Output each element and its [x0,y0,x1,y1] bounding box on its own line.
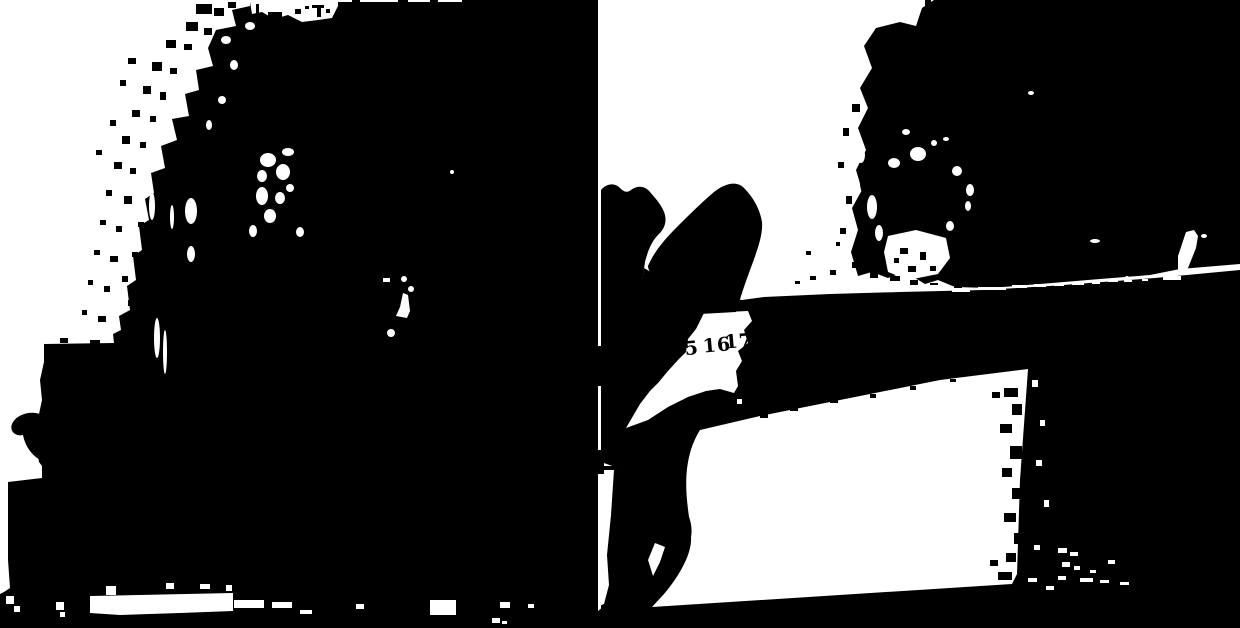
speckle [114,162,122,169]
speckle [1108,280,1118,282]
speckle [908,266,916,272]
speckle [852,262,860,268]
speckle [856,287,886,292]
speckle [1124,280,1132,282]
speckle [1070,552,1078,556]
speckle [1072,282,1084,285]
speckle [257,170,267,182]
speckle [249,225,257,237]
speckle [256,187,268,205]
speckle [154,318,160,358]
speckle [132,252,138,257]
speckle [1062,562,1070,567]
speckle [82,310,87,315]
speckle [1000,424,1012,433]
speckle [128,58,136,64]
speckle [1006,553,1016,562]
speckle [910,147,926,161]
speckle [230,60,238,70]
right-photo: 15 16 17 [595,0,1240,628]
speckle [990,560,998,566]
speckle [846,196,852,204]
speckle [744,290,778,294]
speckle [221,36,231,44]
speckle [857,147,865,163]
speckle [790,407,798,411]
speckle [124,196,132,204]
bottom-bright-strip [90,593,233,615]
speckle [492,618,500,623]
speckle [240,14,248,22]
speckle [852,173,858,185]
speckle [1044,500,1049,507]
speckle [884,98,892,104]
speckle [1100,580,1109,583]
speckle [300,610,312,614]
speckle [1036,460,1042,466]
speckle [896,235,906,247]
speckle [110,120,116,126]
speckle [264,209,276,223]
speckle [1032,380,1038,387]
speckle [998,572,1012,580]
composite-photo: 15 16 17 [0,0,1240,628]
speckle [168,160,174,166]
speckle [1014,533,1024,544]
speckle [276,164,290,180]
speckle [915,241,927,251]
speckle [116,226,122,232]
speckle [245,22,255,30]
speckle [228,2,236,8]
speckle [138,222,144,227]
speckle [1058,548,1067,553]
speckle [14,606,20,612]
speckle [208,88,214,94]
speckle [100,220,106,225]
speckle [836,242,840,246]
speckle [866,86,872,92]
speckle [110,256,118,262]
speckle [760,414,768,418]
speckle [6,596,14,604]
speckle [450,170,454,174]
speckle [946,221,954,231]
speckle [122,136,130,144]
speckle [120,80,126,86]
speckle [143,86,151,94]
speckle [1142,279,1148,281]
speckle [170,68,177,74]
speckle [867,195,877,219]
speckle [840,228,846,234]
speckle [888,158,900,168]
speckle [160,92,166,100]
speckle [902,129,910,135]
speckle [992,392,1000,398]
speckle [1108,560,1115,564]
speckle [185,198,197,224]
ruler-number-17: 17 [724,329,754,353]
speckle [1028,91,1034,95]
speckle [1028,578,1037,582]
speckle [196,4,212,14]
speckle [1040,420,1045,426]
speckle [1004,388,1018,397]
speckle [978,287,1006,290]
speckle [870,394,876,398]
speckle [152,62,162,71]
speckle [900,40,906,46]
speckle [1080,578,1093,582]
speckle [60,612,65,617]
speckle [870,272,878,278]
speckle [206,120,212,130]
speckle [1034,545,1040,550]
speckle [810,276,816,280]
speckle [196,108,202,114]
speckle [952,166,962,176]
speckle [892,286,918,290]
speckle [1092,281,1100,284]
speckle [166,40,176,48]
speckle [275,192,285,204]
speckle [930,266,936,271]
tape-fragment [737,399,742,404]
speckle [122,276,128,282]
speckle [286,184,294,192]
speckle [894,258,899,263]
speckle [890,276,900,281]
speckle [1046,586,1054,590]
speckle [500,602,510,608]
speckle [149,192,155,220]
speckle [166,583,174,589]
speckle [950,379,956,382]
speckle [204,28,212,35]
speckle [130,168,136,174]
speckle [1012,488,1024,499]
hood-edge-bar [925,0,931,78]
speckle [1004,513,1016,522]
speckle [56,602,64,610]
speckle [910,386,916,390]
speckle [838,162,844,168]
speckle [132,110,140,117]
photo-canvas: 15 16 17 [0,0,1240,628]
speckle [830,270,836,275]
speckle [187,246,195,262]
speckle [163,330,167,374]
speckle [106,586,116,595]
speckle [875,225,883,241]
speckle [830,399,838,403]
speckle [1012,285,1027,288]
speckle [920,252,926,260]
speckle [184,44,192,50]
speckle [104,286,110,292]
speckle [1058,576,1066,580]
speckle [90,340,100,344]
speckle [282,148,294,156]
speckle [128,300,136,306]
speckle [1074,566,1080,570]
speckle [272,602,292,608]
speckle [180,130,186,136]
speckle [1012,404,1022,415]
speckle [528,604,534,608]
speckle [60,338,68,343]
speckle [502,621,507,624]
speckle [965,201,971,211]
speckle [1010,446,1022,459]
speckle [140,142,146,148]
speckle [943,137,949,141]
speckle [218,96,226,104]
speckle [214,8,224,16]
speckle [260,153,276,167]
speckle [1034,284,1046,287]
speckle [843,128,849,136]
ruler-number-15: 15 [670,337,700,361]
speckle [910,280,918,285]
speckle [918,58,924,63]
speckle [1054,283,1064,286]
speckle [795,281,800,284]
speckle [226,585,232,591]
speckle [170,205,174,229]
speckle [296,227,304,237]
speckle [96,150,102,155]
speckle [966,184,974,196]
left-photo [0,0,598,628]
speckle [1120,582,1129,585]
speckle [220,52,228,58]
speckle [356,604,364,609]
speckle [186,22,198,31]
speckle [1090,570,1096,573]
speckle [430,600,456,615]
speckle [900,248,908,254]
speckle [234,600,264,608]
speckle [852,104,860,112]
speckle [931,140,937,146]
speckle [1090,239,1100,243]
speckle [88,280,93,285]
speckle [806,251,811,255]
speckle [1002,468,1012,477]
speckle [158,186,164,191]
speckle [912,26,918,34]
speckle [150,116,156,122]
speckle [98,316,106,322]
speckle [234,36,242,43]
speckle [200,584,210,589]
speckle [952,288,970,292]
speckle [94,250,100,255]
speckle [106,190,112,196]
speckle [924,285,946,289]
